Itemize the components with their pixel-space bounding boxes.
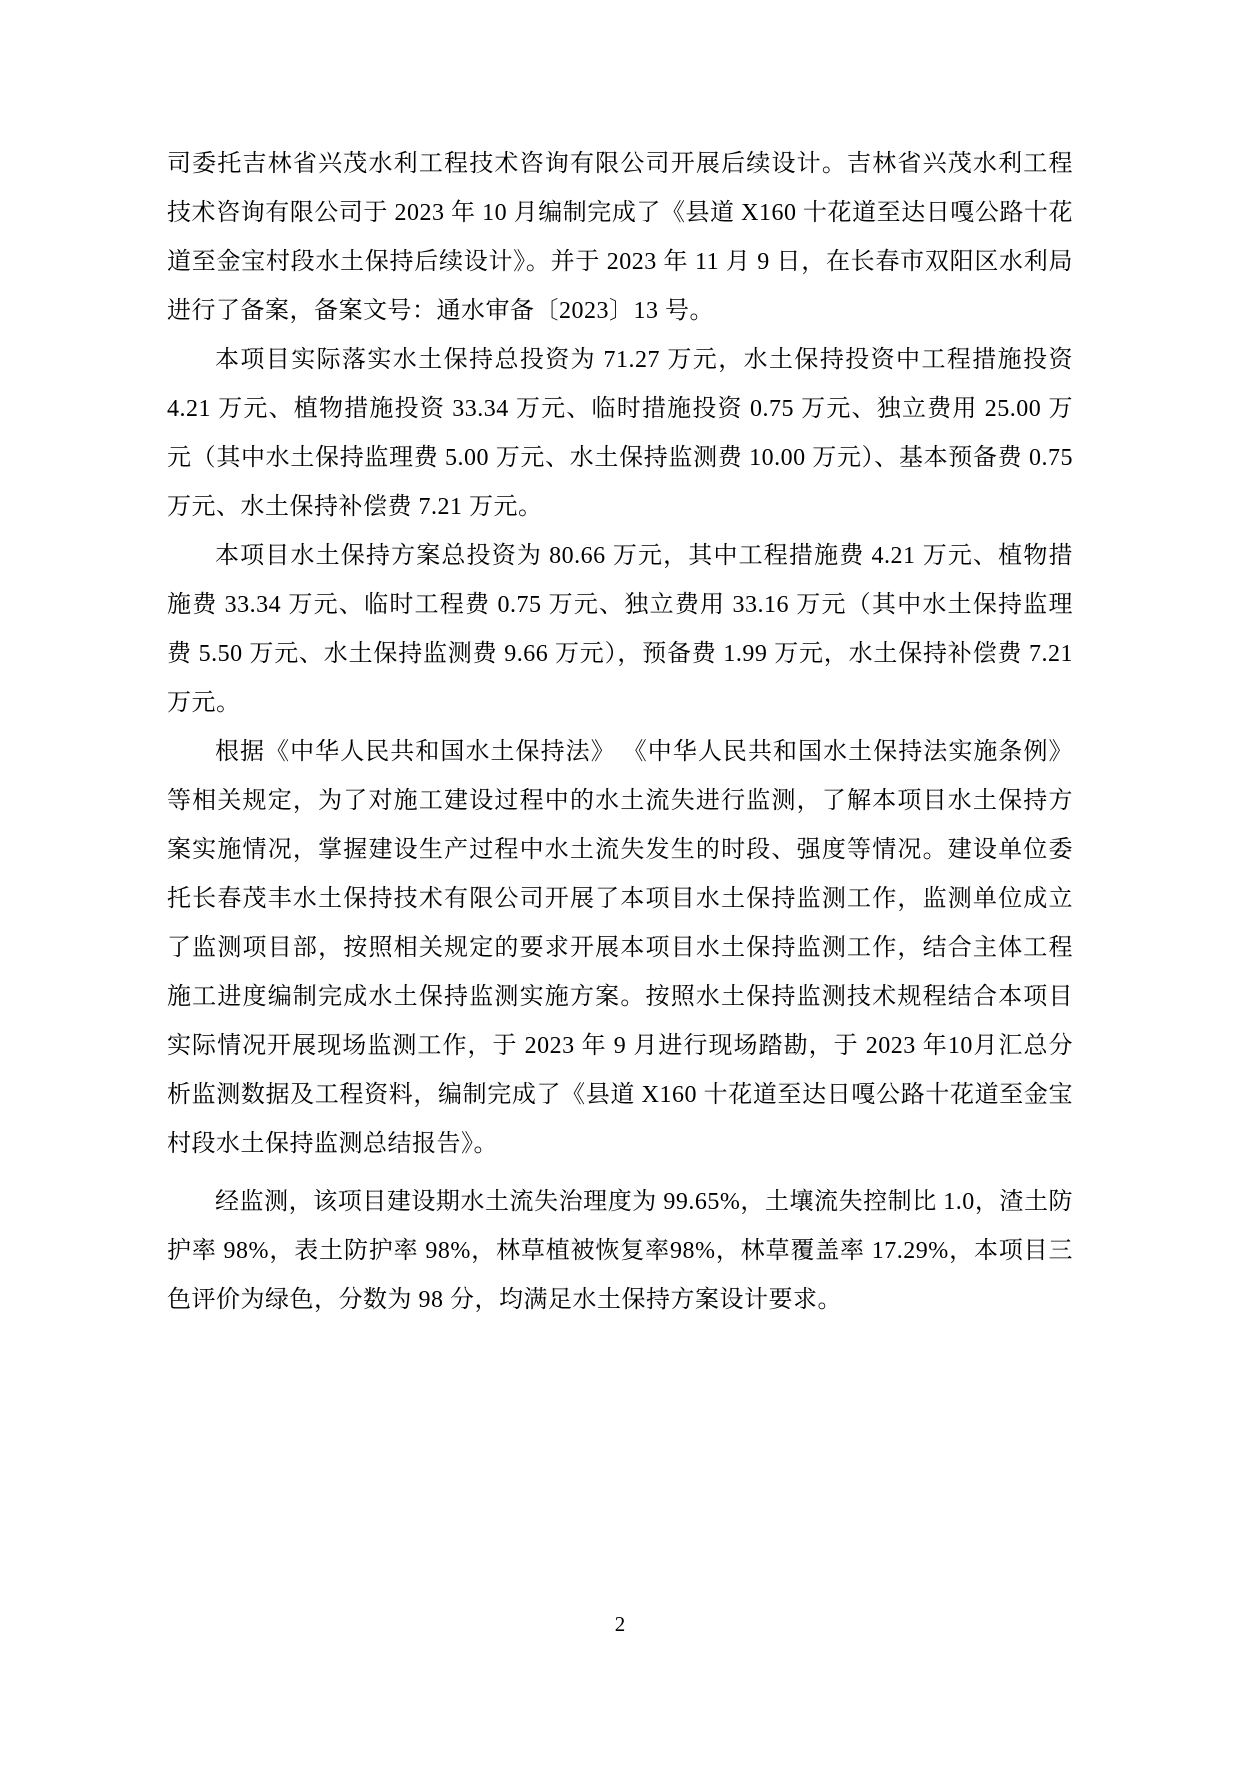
paragraph-monitoring-basis: 根据《中华人民共和国水土保持法》 《中华人民共和国水土保持法实施条例》等相关规定…: [167, 728, 1073, 1169]
document-content: 司委托吉林省兴茂水利工程技术咨询有限公司开展后续设计。吉林省兴茂水利工程技术咨询…: [167, 140, 1073, 1325]
page-number: 2: [0, 1610, 1240, 1638]
paragraph-monitoring-results: 经监测，该项目建设期水土流失治理度为 99.65%，土壤流失控制比 1.0，渣土…: [167, 1178, 1073, 1325]
paragraph-continuation-design-filing: 司委托吉林省兴茂水利工程技术咨询有限公司开展后续设计。吉林省兴茂水利工程技术咨询…: [167, 140, 1073, 336]
document-page: 司委托吉林省兴茂水利工程技术咨询有限公司开展后续设计。吉林省兴茂水利工程技术咨询…: [0, 0, 1240, 1766]
paragraph-actual-investment: 本项目实际落实水土保持总投资为 71.27 万元，水土保持投资中工程措施投资 4…: [167, 336, 1073, 532]
paragraph-plan-investment: 本项目水土保持方案总投资为 80.66 万元，其中工程措施费 4.21 万元、植…: [167, 532, 1073, 728]
